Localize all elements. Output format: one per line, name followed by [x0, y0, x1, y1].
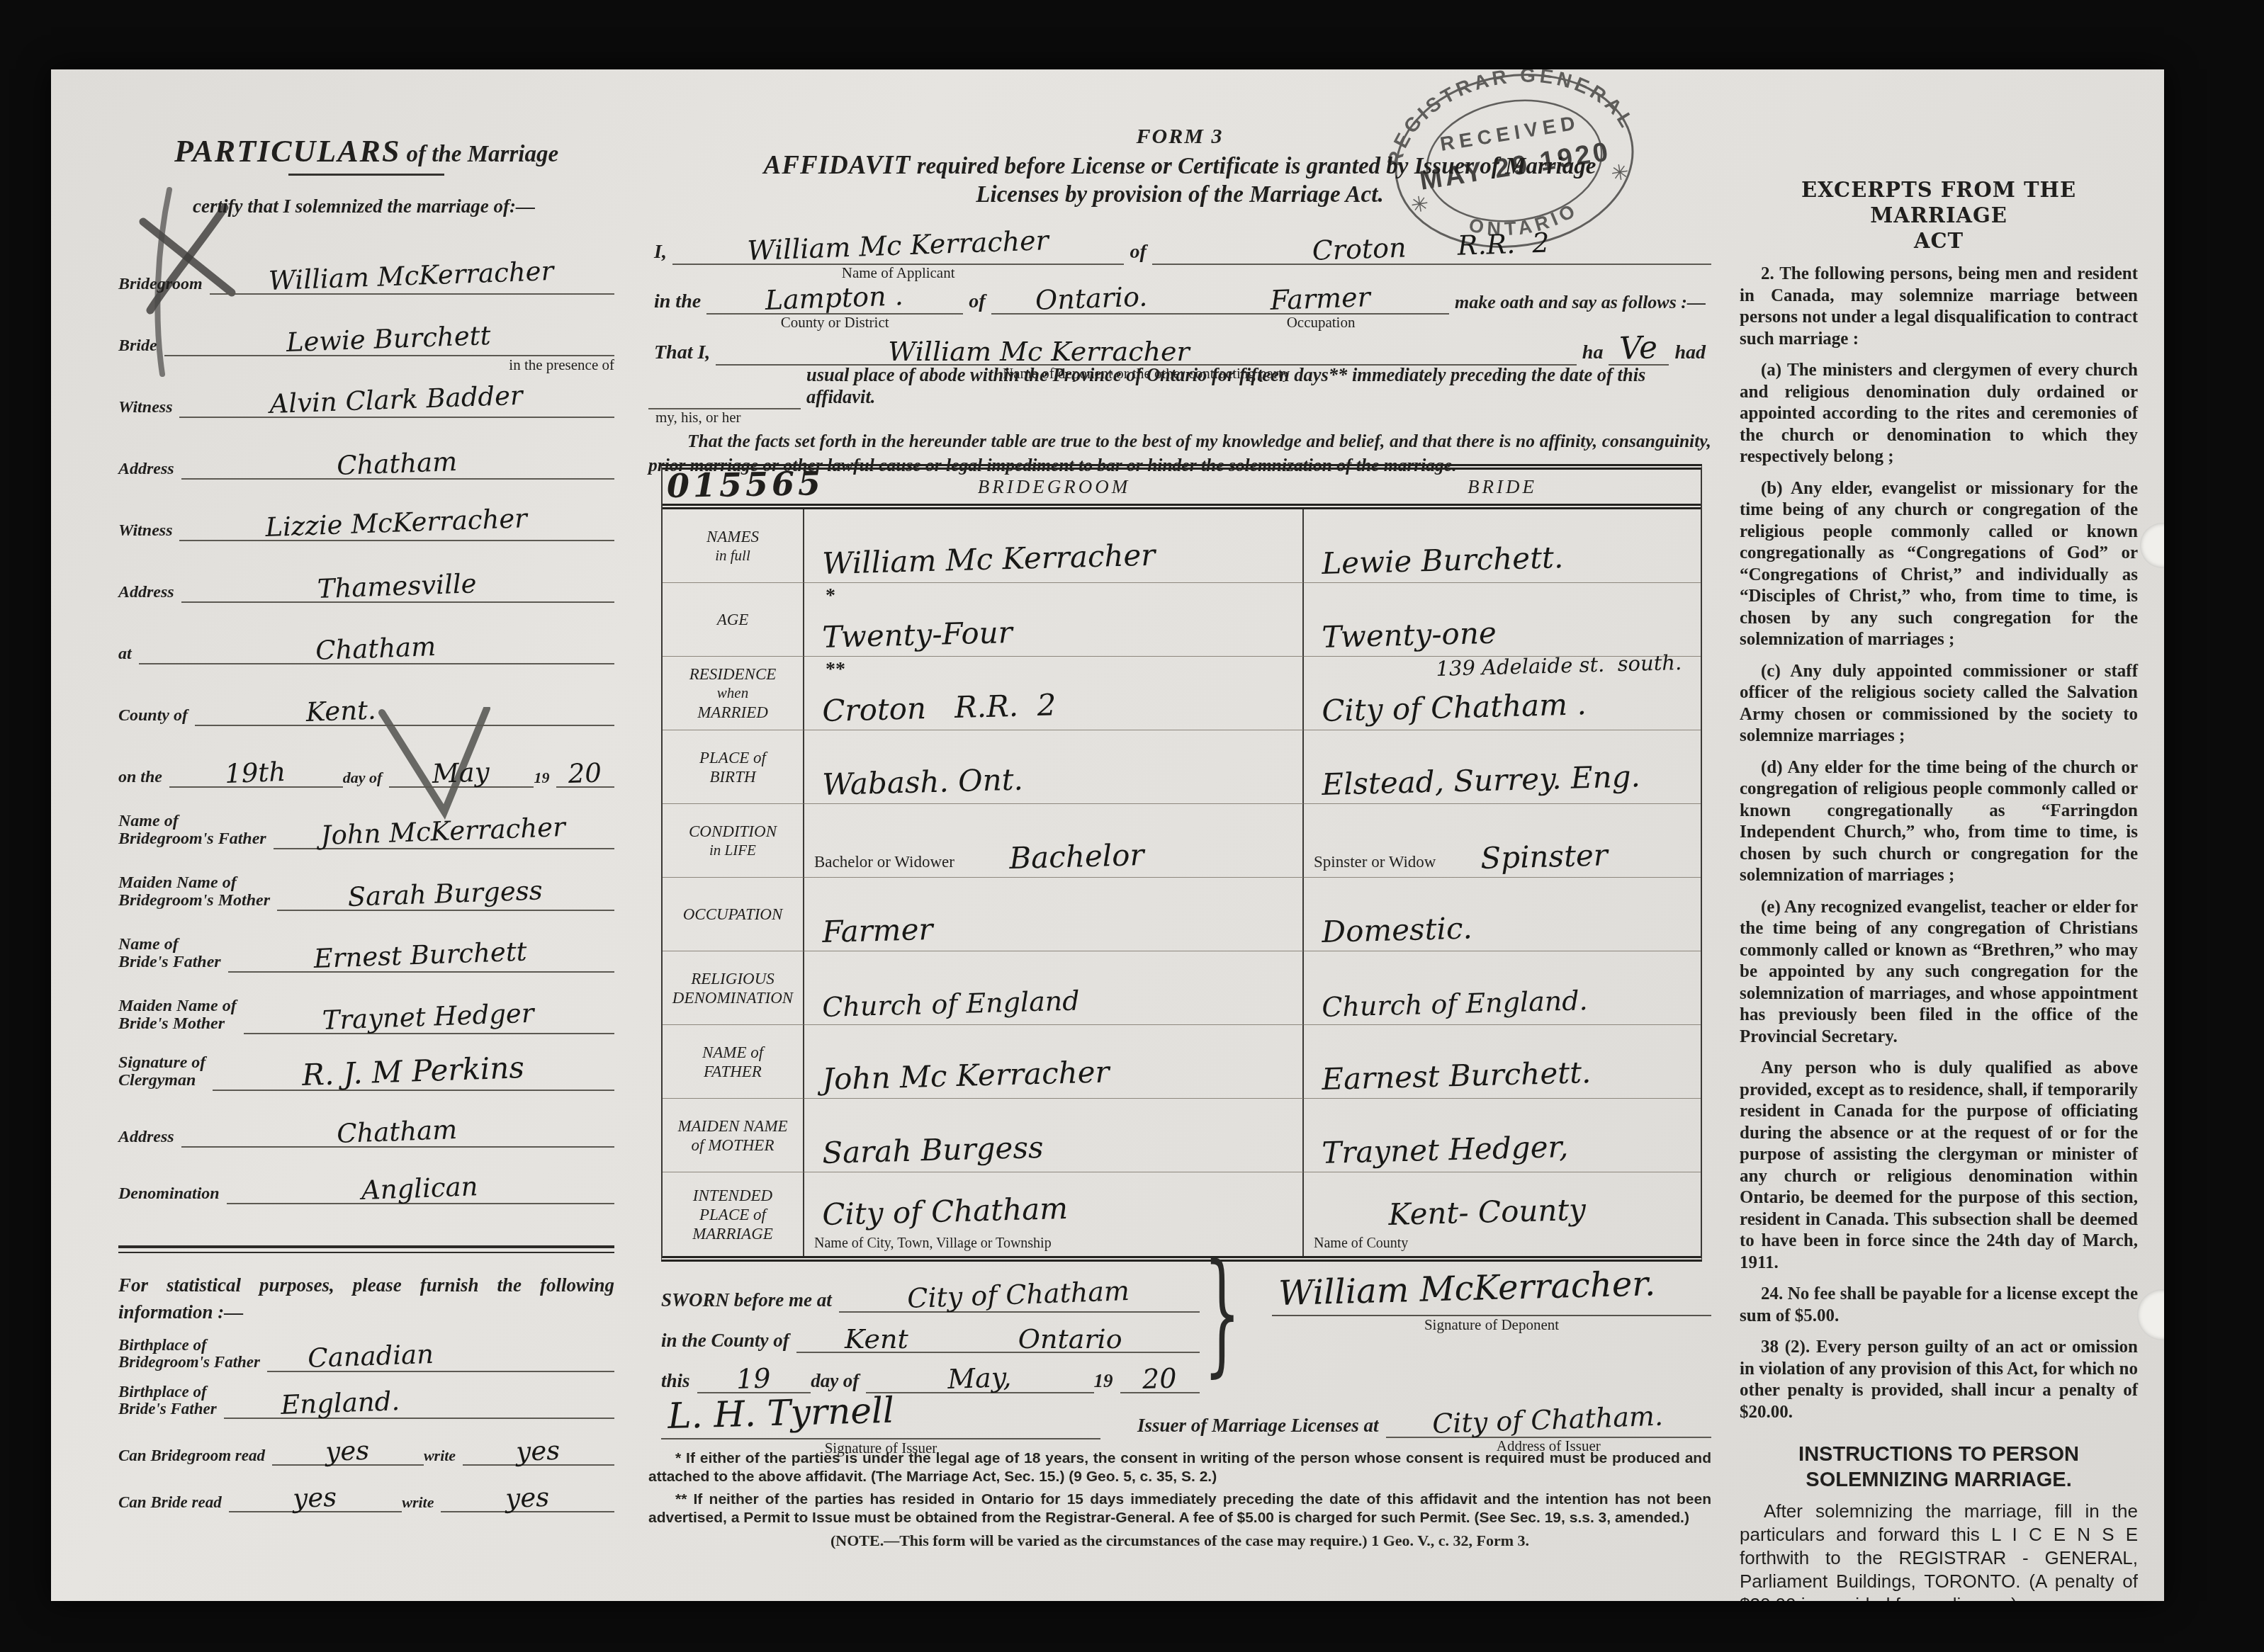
form-number: FORM 3 [648, 125, 1711, 149]
signature-line: William McKerracher. [1272, 1237, 1711, 1316]
row-label-line: of MOTHER [692, 1136, 775, 1155]
affidavit-line-county-occupation: in the Lampton . County or District of O… [648, 273, 1711, 315]
cell-condition-bridegroom: Bachelor or WidowerBachelor [804, 804, 1304, 878]
field-label: Witness [118, 399, 179, 418]
cell-birth-bride: Elstead, Surrey. Eng. [1304, 730, 1701, 804]
form-line: 19th [169, 725, 343, 788]
field-row-clergyman-signature: Signature of Clergyman R. J. M Perkins [118, 1034, 614, 1091]
sworn-county-row: in the County of Kent Ontario [661, 1311, 1200, 1353]
footnote-mark: ** [826, 658, 845, 681]
field-value-handwritten: England. [281, 1386, 400, 1420]
affidavit-line-deponent: That I, William Mc Kerracher Name of dep… [648, 324, 1711, 366]
excerpt-paragraph: (a) The ministers and clergymen of every… [1740, 360, 2138, 468]
column-header-bride: BRIDE [1304, 470, 1701, 509]
field-row-birthplace-bridegroom-father: Birthplace of Bridegroom's Father Canadi… [118, 1325, 614, 1372]
field-row-bride-father: Name of Bride's Father Ernest Burchett [118, 911, 614, 973]
row-label-line: DENOMINATION [672, 988, 793, 1007]
section-divider [118, 1245, 614, 1253]
cell-mother-bridegroom: Sarah Burgess [804, 1099, 1304, 1172]
form-line: Lampton . County or District [706, 272, 963, 315]
field-label: Witness [118, 522, 179, 541]
form-line: Farmer Occupation [1193, 272, 1449, 315]
month-value-handwritten: May [432, 757, 490, 789]
form-line: May [389, 725, 534, 788]
printed-text: had [1669, 341, 1711, 366]
footnotes: * If either of the parties is under the … [648, 1449, 1711, 1554]
row-label-occupation: OCCUPATION [663, 878, 804, 951]
excerpts-title: EXCERPTS FROM THE MARRIAGE ACT [1740, 177, 2138, 254]
field-label: Can Bridegroom read [118, 1447, 272, 1466]
particulars-title: PARTICULARS of the Marriage [118, 133, 614, 176]
form-line: yes [272, 1418, 424, 1466]
field-value-handwritten: Alvin Clark Badder [269, 380, 523, 419]
form-line: Canadian [267, 1324, 614, 1372]
field-value-handwritten: Ernest Burchett [313, 937, 527, 974]
form-line: R. J. M Perkins [213, 1033, 614, 1091]
sworn-place-handwritten: City of Chatham [907, 1275, 1130, 1314]
cell-value-handwritten: Croton R.R. 2 [822, 687, 1057, 728]
row-label-line: AGE [717, 610, 749, 629]
field-row-bride-mother: Maiden Name of Bride's Mother Traynet He… [118, 973, 614, 1034]
field-label: County of [118, 707, 195, 726]
field-value-handwritten: yes [516, 1435, 561, 1467]
excerpt-paragraph: (c) Any duly appointed commissioner or s… [1740, 661, 2138, 747]
form-line: Chatham [181, 1090, 614, 1148]
field-value-handwritten: Chatham [337, 1114, 458, 1149]
form-line: yes [229, 1464, 402, 1512]
field-value-handwritten: Canadian [308, 1339, 434, 1374]
field-label: Maiden Name of Bridegroom's Mother [118, 874, 277, 911]
footnote-1: * If either of the parties is under the … [648, 1449, 1711, 1486]
field-value-handwritten: Sarah Burgess [347, 875, 543, 912]
row-label-age: AGE [663, 583, 804, 657]
occupation-handwritten: Farmer [1270, 281, 1371, 316]
cell-names-bridegroom: William Mc Kerracher [804, 509, 1304, 583]
excerpt-paragraph: 24. No fee shall be payable for a licens… [1740, 1284, 2138, 1327]
form-line: yes [463, 1418, 614, 1466]
field-row-birthplace-bride-father: Birthplace of Bride's Father England. [118, 1372, 614, 1419]
field-value-handwritten: Lewie Burchett [286, 320, 492, 358]
cell-value-handwritten: City of Chatham [822, 1191, 1069, 1232]
particulars-title-rest: of the Marriage [400, 142, 558, 167]
cell-religion-bridegroom: Church of England [804, 951, 1304, 1025]
row-label-intended-place: INTENDEDPLACE ofMARRIAGE [663, 1172, 804, 1256]
cell-age-bride: Twenty-one [1304, 583, 1701, 657]
footnote-note: (NOTE.—This form will be varied as the c… [648, 1532, 1711, 1550]
form-line: my, his, or her [648, 371, 801, 409]
field-label: Maiden Name of Bride's Mother [118, 997, 244, 1034]
cell-value-handwritten: Church of England. [1322, 985, 1588, 1023]
affidavit-heading: AFFIDAVIT required before License or Cer… [648, 152, 1711, 209]
field-value-handwritten: R. J. M Perkins [301, 1050, 524, 1092]
title-rule [288, 174, 444, 176]
printed-text: of [1124, 241, 1151, 265]
row-label-line: FATHER [704, 1062, 762, 1081]
brace-mark: } [1203, 1235, 1240, 1390]
field-value-handwritten: yes [293, 1482, 337, 1514]
row-label-line: MAIDEN NAME [677, 1116, 787, 1136]
province-handwritten: Ontario. [1035, 281, 1148, 316]
form-line: Lewie Burchett in the presence of [164, 293, 614, 356]
form-line: 20 [556, 725, 614, 788]
particulars-title-main: PARTICULARS [174, 134, 400, 169]
form-line: England. [224, 1371, 614, 1419]
cell-value-handwritten: Church of England [822, 985, 1080, 1023]
form-line: Chatham [181, 417, 614, 480]
cell-age-bridegroom: *Twenty-Four [804, 583, 1304, 657]
field-value-handwritten: yes [325, 1435, 370, 1467]
footnote-mark: * [826, 584, 835, 607]
deponent-signature-block: William McKerracher. Signature of Depone… [1272, 1237, 1711, 1315]
form-line: John McKerracher [274, 786, 614, 849]
field-row-date: on the 19th day of May 19 20 [118, 726, 614, 788]
issuer-signature-handwritten: L. H. Tyrnell [667, 1390, 894, 1437]
row-label-condition: CONDITIONin LIFE [663, 804, 804, 878]
field-row-address: Address Thamesville [118, 541, 614, 603]
row-label-name-of-father: NAME ofFATHER [663, 1025, 804, 1099]
printed-text: make oath and say as follows :— [1449, 292, 1711, 315]
statistical-fields: Birthplace of Bridegroom's Father Canadi… [118, 1325, 614, 1512]
field-row-can-bridegroom-read: Can Bridegroom read yes write yes [118, 1419, 614, 1466]
excerpt-paragraph: 38 (2). Every person guilty of an act or… [1740, 1337, 2138, 1423]
row-label-place-of-birth: PLACE ofBIRTH [663, 730, 804, 804]
affidavit-heading-word: AFFIDAVIT [764, 151, 911, 180]
row-label-residence: RESIDENCEwhenMARRIED [663, 657, 804, 730]
cell-value-handwritten: William Mc Kerracher [822, 538, 1156, 581]
field-label: Address [118, 1128, 181, 1148]
deponent-signature-label: Signature of Deponent [1272, 1316, 1711, 1334]
footnote-2: ** If neither of the parties has resided… [648, 1490, 1711, 1527]
affidavit-line-abode: my, his, or her usual place of abode wit… [648, 373, 1711, 409]
affidavit-heading-line2: Licenses by provision of the Marriage Ac… [976, 182, 1383, 208]
day-value-handwritten: 19th [225, 757, 286, 789]
row-label-line: BIRTH [709, 767, 755, 786]
cell-value-handwritten: Spinster [1480, 837, 1609, 876]
form-line: Alvin Clark Badder [179, 355, 614, 418]
excerpt-paragraph: (b) Any elder, evangelist or missionary … [1740, 478, 2138, 651]
field-label: Bride [118, 337, 164, 356]
certify-line: certify that I solemnized the marriage o… [193, 196, 614, 217]
signature-line: L. H. Tyrnell [661, 1373, 1100, 1439]
field-value-handwritten: Chatham [337, 446, 458, 481]
form-line: Ernest Burchett [228, 910, 614, 973]
printed-text: That I, [648, 341, 716, 366]
cell-names-bride: Lewie Burchett. [1304, 509, 1701, 583]
particulars-section: PARTICULARS of the Marriage certify that… [118, 133, 614, 1512]
cell-occupation-bride: Domestic. [1304, 878, 1701, 951]
punch-hole [2137, 1289, 2164, 1340]
row-label-line: MARRIAGE [692, 1224, 773, 1243]
form-line: Ontario. [991, 272, 1193, 315]
cell-value-handwritten: Sarah Burgess [822, 1130, 1044, 1170]
field-value-handwritten: Thamesville [317, 568, 477, 604]
row-label-line: RESIDENCE [689, 664, 777, 684]
affidavit-section: FORM 3 AFFIDAVIT required before License… [648, 69, 1711, 1601]
affidavit-heading-rest: required before License or Certificate i… [911, 154, 1596, 179]
cell-value-handwritten: Wabash. Ont. [822, 762, 1024, 802]
field-row-can-bride-read: Can Bride read yes write yes [118, 1466, 614, 1512]
form-line: William Mc Kerracher Name of Applicant [672, 222, 1124, 265]
year-value-handwritten: 20 [568, 757, 602, 789]
bridegroom-bride-table: 015565 BRIDEGROOM BRIDE NAMESin full Wil… [661, 464, 1702, 1262]
form-line: Lizzie McKerracher [179, 478, 614, 541]
row-label-line: MARRIED [697, 703, 768, 722]
printed-text: of [963, 290, 991, 315]
form-line: Thamesville [181, 540, 614, 603]
form-line: Croton R.R. 2 [1152, 222, 1711, 265]
printed-text: I, [648, 241, 672, 265]
column-header-bridegroom: BRIDEGROOM [804, 470, 1304, 509]
field-row-witness: Witness Alvin Clark Badder [118, 356, 614, 418]
applicant-place-handwritten: Croton R.R. 2 [1312, 227, 1550, 266]
printed-text: Issuer of Marriage Licenses at [1137, 1415, 1386, 1438]
field-row-bridegroom-mother: Maiden Name of Bridegroom's Mother Sarah… [118, 849, 614, 911]
row-label-line: PLACE of [699, 1205, 766, 1224]
statistical-intro: For statistical purposes, please furnish… [118, 1272, 614, 1325]
excerpt-paragraph: 2. The following persons, being men and … [1740, 264, 2138, 350]
issuer-signature-block: L. H. Tyrnell Signature of Issuer [661, 1373, 1100, 1438]
row-label-line: CONDITION [689, 822, 777, 841]
deponent-name-handwritten: William Mc Kerracher [888, 336, 1189, 367]
affidavit-line-applicant: I, William Mc Kerracher Name of Applican… [648, 224, 1711, 265]
cell-value-handwritten: Domestic. [1322, 910, 1473, 949]
row-label-line: INTENDED [693, 1186, 772, 1205]
field-label: on the [118, 769, 169, 788]
field-label: Address [118, 584, 181, 603]
field-label: Can Bride read [118, 1494, 229, 1512]
field-label: Birthplace of Bridegroom's Father [118, 1337, 267, 1372]
cell-value-handwritten: Farmer [822, 912, 933, 949]
day-of-label: day of [343, 769, 390, 788]
cell-residence-bridegroom: **Croton R.R. 2 [804, 657, 1304, 730]
field-label: Signature of Clergyman [118, 1054, 213, 1091]
field-row-county: County of Kent. [118, 664, 614, 726]
field-value-handwritten: John McKerracher [320, 812, 566, 851]
field-label: Birthplace of Bride's Father [118, 1384, 224, 1419]
form-line: City of Chatham [839, 1269, 1200, 1313]
ve-handwritten: Ve [1618, 329, 1658, 367]
field-label: Name of Bride's Father [118, 936, 228, 973]
form-line: Ve [1609, 323, 1669, 366]
field-value-handwritten: Traynet Hedger [322, 998, 534, 1036]
field-label: at [118, 645, 139, 664]
form-line: Kent. [195, 663, 614, 726]
issuer-at-row: Issuer of Marriage Licenses at City of C… [1137, 1386, 1711, 1438]
field-row-bridegroom-father: Name of Bridegroom's Father John McKerra… [118, 788, 614, 849]
form-line: Chatham [139, 601, 614, 664]
row-label-line: in LIFE [709, 841, 756, 860]
cell-value-handwritten: John Mc Kerracher [822, 1054, 1110, 1097]
spinster-or-widow-label: Spinster or Widow [1314, 853, 1436, 871]
excerpt-paragraph: Any person who is duly qualified as abov… [1740, 1058, 2138, 1274]
row-label-names: NAMESin full [663, 509, 804, 583]
cell-value-handwritten: Bachelor [1009, 837, 1144, 876]
excerpts-body: 2. The following persons, being men and … [1740, 264, 2138, 1423]
form-line: Kent Ontario [796, 1309, 1200, 1353]
field-row-witness: Witness Lizzie McKerracher [118, 480, 614, 541]
cell-father-bridegroom: John Mc Kerracher [804, 1025, 1304, 1099]
field-row-bridegroom: Bridegroom William McKerracher [118, 233, 614, 295]
excerpt-paragraph: (d) Any elder for the time being of the … [1740, 757, 2138, 887]
instructions-title: INSTRUCTIONS TO PERSON SOLEMNIZING MARRI… [1740, 1442, 2138, 1493]
instructions-title-line1: INSTRUCTIONS TO PERSON [1798, 1443, 2079, 1466]
cell-condition-bride: Spinster or WidowSpinster [1304, 804, 1701, 878]
excerpts-section: EXCERPTS FROM THE MARRIAGE ACT 2. The fo… [1740, 177, 2138, 1601]
field-row-address: Address Chatham [118, 1091, 614, 1148]
cell-value-handwritten: Elstead, Surrey. Eng. [1322, 759, 1641, 802]
bachelor-or-widower-label: Bachelor or Widower [814, 853, 954, 871]
applicant-name-handwritten: William Mc Kerracher [746, 225, 1049, 266]
row-label-line: in full [715, 546, 750, 565]
write-label: write [424, 1447, 463, 1466]
excerpts-title-line1: EXCERPTS FROM THE MARRIAGE [1801, 178, 2076, 227]
year-prefix: 19 [534, 769, 556, 788]
row-label-line: when [717, 684, 748, 703]
cell-mother-bride: Traynet Hedger, [1304, 1099, 1701, 1172]
field-label: Bridegroom [118, 276, 210, 295]
row-label-line: NAMES [706, 527, 759, 546]
cell-birth-bridegroom: Wabash. Ont. [804, 730, 1304, 804]
form-line: Traynet Hedger [244, 971, 614, 1034]
write-label: write [402, 1494, 441, 1512]
field-value-handwritten: Kent. [305, 695, 376, 728]
particulars-fields: Bridegroom William McKerracher Bride Lew… [118, 233, 614, 1204]
county-handwritten: Lampton . [765, 280, 903, 316]
cell-father-bride: Earnest Burchett. [1304, 1025, 1701, 1099]
serial-number-stamp: 015565 [667, 464, 825, 505]
excerpt-paragraph: (e) Any recognized evangelist, teacher o… [1740, 897, 2138, 1048]
table-corner-cell: 015565 [663, 470, 804, 509]
field-row-bride: Bride Lewie Burchett in the presence of [118, 295, 614, 356]
cell-value-handwritten: Twenty-Four [822, 615, 1013, 655]
punch-hole [2140, 523, 2164, 568]
instructions-body: After solemnizing the marriage, fill in … [1740, 1500, 2138, 1601]
field-value-handwritten: yes [505, 1482, 549, 1514]
city-town-note: Name of City, Town, Village or Township [814, 1235, 1052, 1252]
field-value-handwritten: Anglican [361, 1171, 479, 1206]
cell-value-handwritten: Lewie Burchett. [1322, 540, 1564, 581]
row-label-religious-denomination: RELIGIOUSDENOMINATION [663, 951, 804, 1025]
issuer-address-handwritten: City of Chatham. [1432, 1401, 1664, 1439]
form-line: William McKerracher [210, 232, 614, 295]
row-label-line: PLACE of [699, 748, 766, 767]
row-label-line: OCCUPATION [683, 905, 783, 924]
printed-text: in the [648, 290, 706, 315]
field-label: Name of Bridegroom's Father [118, 813, 274, 849]
field-label: Denomination [118, 1185, 227, 1204]
cell-value-handwritten: City of Chatham . [1322, 686, 1587, 728]
row-label-maiden-name-of-mother: MAIDEN NAMEof MOTHER [663, 1099, 804, 1172]
field-row-denomination: Denomination Anglican [118, 1148, 614, 1204]
cell-value-handwritten: Earnest Burchett. [1322, 1055, 1592, 1097]
deponent-signature-handwritten: William McKerracher. [1278, 1264, 1656, 1313]
cell-value-handwritten: Kent- County [1388, 1192, 1587, 1232]
scanned-document-page: REGISTRAR GENERAL ONTARIO RECEIVED MAY 2… [0, 0, 2264, 1652]
sworn-before-row: SWORN before me at City of Chatham [661, 1270, 1200, 1313]
printed-text: usual place of abode within the Province… [801, 364, 1711, 409]
cell-occupation-bridegroom: Farmer [804, 878, 1304, 951]
form-line: City of Chatham. Address of Issuer [1386, 1384, 1711, 1438]
field-value-handwritten: Lizzie McKerracher [265, 503, 528, 543]
cell-value-handwritten: Traynet Hedger, [1322, 1129, 1569, 1170]
cell-religion-bride: Church of England. [1304, 951, 1701, 1025]
field-label: Address [118, 460, 181, 480]
excerpts-title-line2: ACT [1914, 229, 1964, 253]
affidavit-paper: REGISTRAR GENERAL ONTARIO RECEIVED MAY 2… [51, 69, 2164, 1601]
cell-value-handwritten: Twenty-one [1322, 616, 1497, 655]
instructions-title-line2: SOLEMNIZING MARRIAGE. [1806, 1469, 2071, 1491]
field-value-handwritten: William McKerracher [269, 256, 555, 296]
printed-text: ha [1577, 341, 1609, 366]
row-label-line: NAME of [702, 1043, 763, 1062]
row-label-line: RELIGIOUS [691, 969, 775, 988]
my-his-her-sublabel: my, his, or her [655, 409, 741, 426]
cell-residence-bride: 139 Adelaide st. south.City of Chatham . [1304, 657, 1701, 730]
form-line: Sarah Burgess [277, 848, 614, 911]
form-line: William Mc Kerracher Name of deponent or… [716, 323, 1576, 366]
form-line: yes [441, 1464, 614, 1512]
form-line: Anglican [227, 1146, 614, 1204]
field-value-handwritten: Chatham [315, 631, 437, 666]
field-row-address: Address Chatham [118, 418, 614, 480]
field-row-at: at Chatham [118, 603, 614, 664]
